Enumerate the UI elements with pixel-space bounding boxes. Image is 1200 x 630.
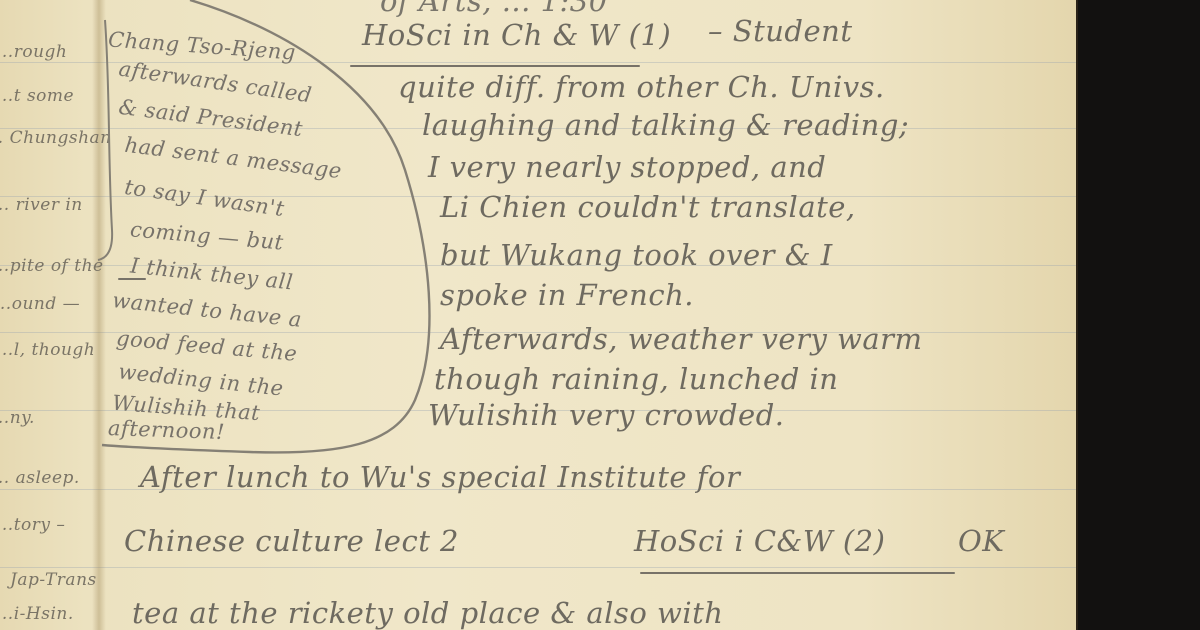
entry-line: quite diff. from other Ch. Univs.: [398, 70, 885, 104]
side-note-underline: [118, 278, 146, 280]
entry-line: Li Chien couldn't translate,: [440, 190, 856, 224]
entry-line: spoke in French.: [440, 278, 694, 312]
entry-line: Wulishih very crowded.: [428, 398, 785, 432]
heading-underline: [350, 65, 640, 67]
entry-line: though raining, lunched in: [434, 362, 838, 396]
lecture-status: OK: [958, 524, 1004, 558]
side-note-line: afternoon!: [108, 416, 226, 444]
entry-line: I very nearly stopped, and: [428, 150, 826, 184]
lecture-underline: [640, 572, 955, 574]
scan-backdrop: [1076, 0, 1200, 630]
lecture-heading: HoSci in Ch & W (1): [362, 18, 671, 52]
top-fragment: of Arts, ... 1:30: [380, 0, 608, 18]
entry-line: Chinese culture lect 2: [124, 524, 459, 558]
diary-page: ...rough ...t some ... Chungshan ... riv…: [0, 0, 1076, 630]
entry-line: tea at the rickety old place & also with: [132, 596, 723, 630]
entry-line: laughing and talking & reading;: [422, 108, 909, 142]
entry-line: Afterwards, weather very warm: [440, 322, 923, 356]
entry-line: but Wukang took over & I: [440, 238, 833, 272]
lecture-reference: HoSci i C&W (2): [634, 524, 885, 558]
entry-line: After lunch to Wu's special Institute fo…: [140, 460, 740, 494]
lecture-heading-suffix: – Student: [708, 14, 852, 48]
